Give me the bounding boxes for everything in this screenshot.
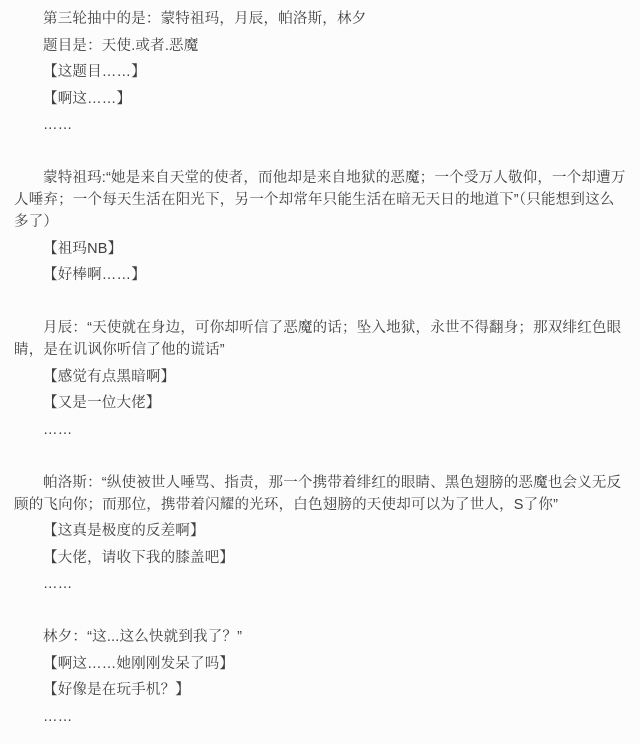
story-section-paluosi: 帕洛斯：“纵使被世人唾骂、指责，那一个携带着绯红的眼睛、黑色翅膀的恶魔也会义无反… bbox=[14, 472, 626, 596]
speech-paluosi: 帕洛斯：“纵使被世人唾骂、指责，那一个携带着绯红的眼睛、黑色翅膀的恶魔也会义无反… bbox=[14, 472, 626, 516]
speech-montezuma: 蒙特祖玛:“她是来自天堂的使者，而他却是来自地狱的恶魔；一个受万人敬仰，一个却遭… bbox=[14, 167, 626, 233]
audience-comment: 【啊这……】 bbox=[14, 88, 626, 110]
section-gap bbox=[14, 445, 626, 467]
audience-comment: 【感觉有点黑暗啊】 bbox=[14, 366, 626, 388]
round-draw-line: 第三轮抽中的是：蒙特祖玛，月辰，帕洛斯，林夕 bbox=[14, 8, 626, 30]
section-gap bbox=[14, 600, 626, 622]
topic-line: 题目是：天使.或者.恶魔 bbox=[14, 35, 626, 57]
speech-yuechen: 月辰：“天使就在身边，可你却听信了恶魔的话；坠入地狱，永世不得翻身；那双绯红色眼… bbox=[14, 317, 626, 361]
audience-comment: 【好像是在玩手机？】 bbox=[14, 679, 626, 701]
story-section-round-intro: 第三轮抽中的是：蒙特祖玛，月辰，帕洛斯，林夕 题目是：天使.或者.恶魔 【这题目… bbox=[14, 8, 626, 136]
ellipsis-line: …… bbox=[14, 114, 626, 136]
audience-comment: 【又是一位大佬】 bbox=[14, 392, 626, 414]
audience-comment: 【这真是极度的反差啊】 bbox=[14, 520, 626, 542]
story-section-yuechen: 月辰：“天使就在身边，可你却听信了恶魔的话；坠入地狱，永世不得翻身；那双绯红色眼… bbox=[14, 317, 626, 441]
ellipsis-line: …… bbox=[14, 573, 626, 595]
ellipsis-line: …… bbox=[14, 419, 626, 441]
audience-comment: 【大佬，请收下我的膝盖吧】 bbox=[14, 547, 626, 569]
audience-comment: 【啊这……她刚刚发呆了吗】 bbox=[14, 653, 626, 675]
audience-comment: 【这题目……】 bbox=[14, 61, 626, 83]
ellipsis-line: …… bbox=[14, 706, 626, 728]
story-section-montezuma: 蒙特祖玛:“她是来自天堂的使者，而他却是来自地狱的恶魔；一个受万人敬仰，一个却遭… bbox=[14, 167, 626, 286]
novel-reader-page: 第三轮抽中的是：蒙特祖玛，月辰，帕洛斯，林夕 题目是：天使.或者.恶魔 【这题目… bbox=[0, 0, 640, 744]
section-gap bbox=[14, 291, 626, 313]
story-section-linxi: 林夕：“这...这么快就到我了？” 【啊这……她刚刚发呆了吗】 【好像是在玩手机… bbox=[14, 626, 626, 728]
speech-linxi: 林夕：“这...这么快就到我了？” bbox=[14, 626, 626, 648]
audience-comment: 【祖玛NB】 bbox=[14, 238, 626, 260]
audience-comment: 【好棒啊……】 bbox=[14, 264, 626, 286]
section-gap bbox=[14, 141, 626, 163]
